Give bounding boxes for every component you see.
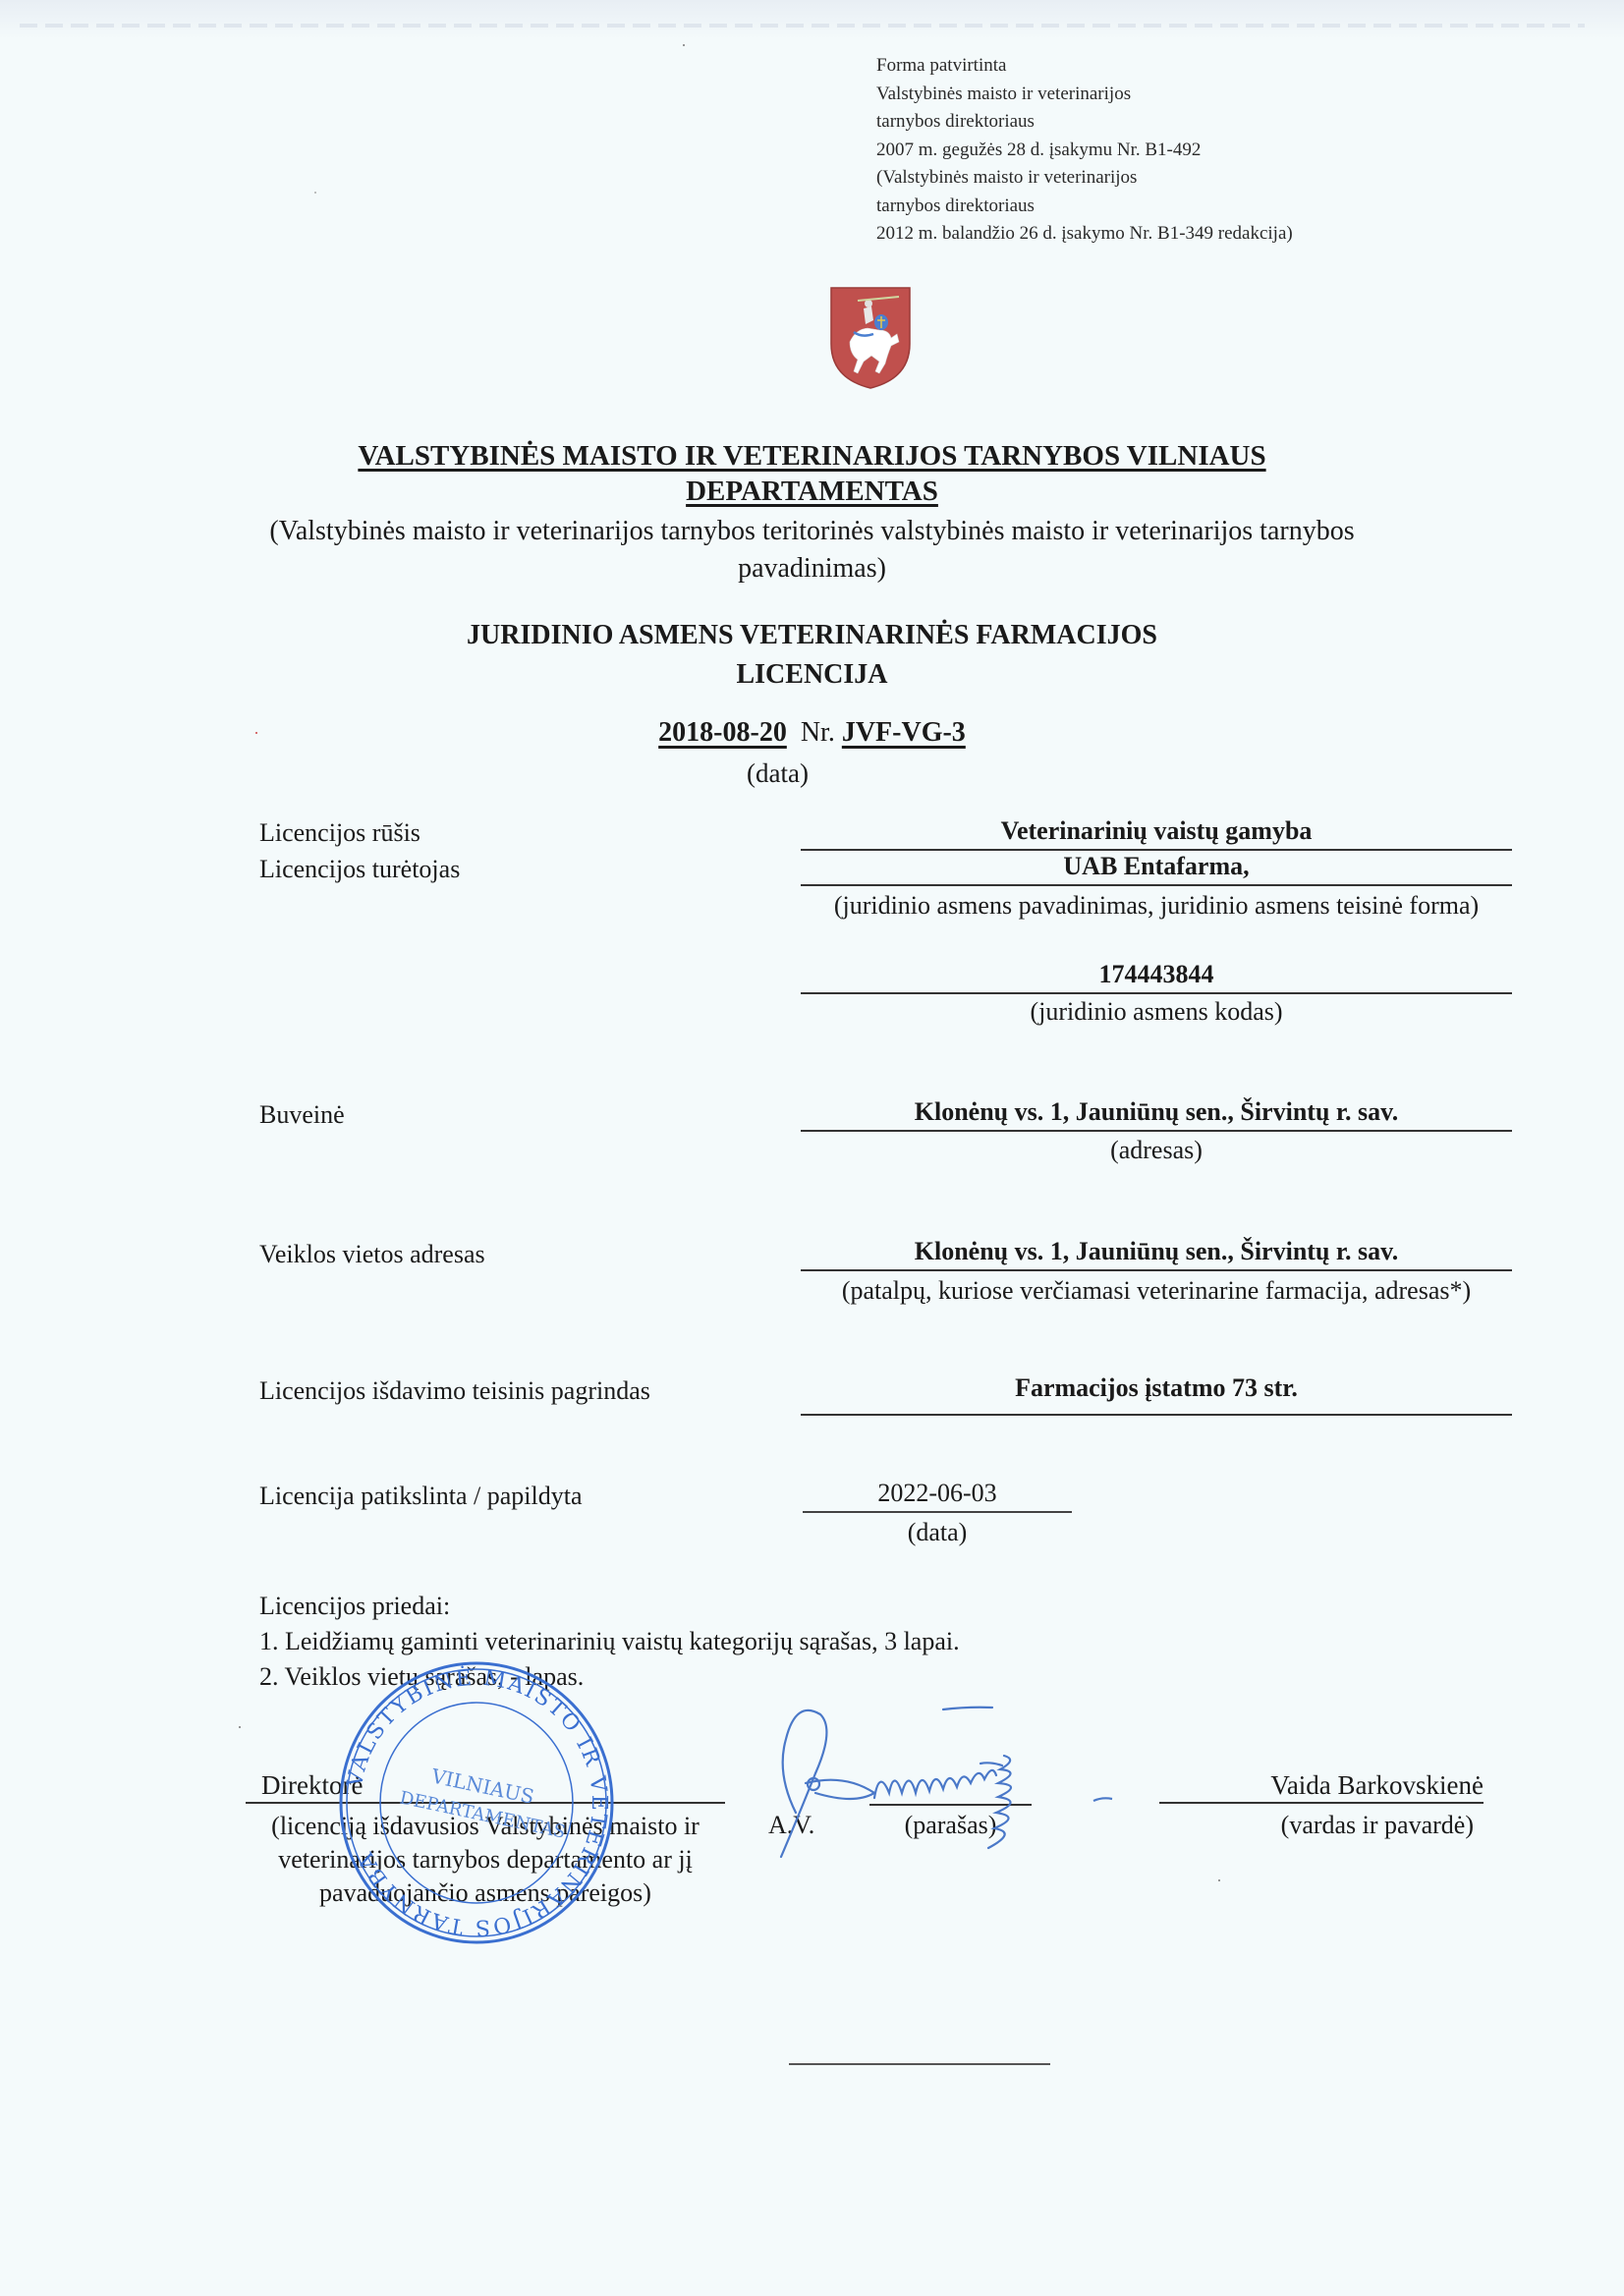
company-code-caption: (juridinio asmens kodas)	[801, 994, 1512, 1030]
number-label: Nr.	[801, 717, 835, 748]
annex-item: 1. Leidžiamų gaminti veterinarinių vaist…	[259, 1624, 960, 1659]
amended-label: Licencija patikslinta / papildyta	[259, 1482, 583, 1511]
approval-line: tarnybos direktoriaus	[876, 193, 1293, 221]
approval-line: tarnybos direktoriaus	[876, 108, 1293, 137]
approval-line: 2007 m. gegužės 28 d. įsakymu Nr. B1-492	[876, 137, 1293, 165]
activity-address-label: Veiklos vietos adresas	[259, 1240, 485, 1269]
scan-speck	[239, 1726, 241, 1728]
department-caption: (Valstybinės maisto ir veterinarijos tar…	[0, 513, 1624, 588]
activity-address-caption: (patalpų, kuriose verčiamasi veterinarin…	[801, 1273, 1512, 1309]
coat-of-arms-vytis-icon	[828, 285, 913, 391]
license-holder-label: Licencijos turėtojas	[259, 855, 460, 884]
footer-line	[789, 2063, 1050, 2065]
seat-label: Buveinė	[259, 1100, 345, 1130]
issue-date-caption: (data)	[747, 758, 809, 789]
license-type-label: Licencijos rūšis	[259, 818, 420, 848]
license-holder-value: UAB Entafarma,	[801, 851, 1512, 886]
license-holder-caption: (juridinio asmens pavadinimas, juridinio…	[801, 888, 1512, 924]
approval-line: (Valstybinės maisto ir veterinarijos	[876, 164, 1293, 193]
license-type-value: Veterinarinių vaistų gamyba	[801, 815, 1512, 851]
svg-text:VALSTYBINĖ MAISTO IR VETERINAR: VALSTYBINĖ MAISTO IR VETERINARIJOS TARNY…	[343, 1664, 611, 1939]
amended-date-caption: (data)	[803, 1518, 1072, 1547]
license-title: JURIDINIO ASMENS VETERINARINĖS FARMACIJO…	[0, 616, 1624, 695]
company-code-value: 174443844	[801, 959, 1512, 994]
license-title-line-1: JURIDINIO ASMENS VETERINARINĖS FARMACIJO…	[0, 616, 1624, 655]
approval-line: Forma patvirtinta	[876, 52, 1293, 81]
official-stamp: VALSTYBINĖ MAISTO IR VETERINARIJOS TARNY…	[334, 1655, 619, 1950]
annexes-title: Licencijos priedai:	[259, 1589, 960, 1624]
issue-date: 2018-08-20	[658, 717, 787, 748]
approval-line: Valstybinės maisto ir veterinarijos	[876, 81, 1293, 109]
seat-caption: (adresas)	[801, 1133, 1512, 1168]
license-number: JVF-VG-3	[842, 717, 966, 748]
legal-basis-value: Farmacijos įstatmo 73 str.	[801, 1372, 1512, 1416]
signatory-name: Vaida Barkovskienė	[1159, 1768, 1484, 1804]
scan-speck	[1218, 1879, 1220, 1881]
amended-date-value: 2022-06-03	[803, 1478, 1072, 1513]
activity-address-value: Klonėnų vs. 1, Jauniūnų sen., Širvintų r…	[801, 1236, 1512, 1271]
scan-artifact-top	[0, 0, 1624, 39]
approval-line: 2012 m. balandžio 26 d. įsakymo Nr. B1-3…	[876, 220, 1293, 249]
department-line-2: DEPARTAMENTAS	[686, 476, 938, 507]
handwritten-signature	[756, 1685, 1149, 1862]
scan-speck	[314, 192, 316, 194]
issue-date-number: 2018-08-20 Nr. JVF-VG-3	[0, 717, 1624, 749]
scan-speck	[683, 44, 685, 46]
seat-value: Klonėnų vs. 1, Jauniūnų sen., Širvintų r…	[801, 1096, 1512, 1132]
department-line-1: VALSTYBINĖS MAISTO IR VETERINARIJOS TARN…	[358, 440, 1265, 472]
license-title-line-2: LICENCIJA	[0, 655, 1624, 695]
legal-basis-label: Licencijos išdavimo teisinis pagrindas	[259, 1376, 650, 1406]
signatory-name-caption: (vardas ir pavardė)	[1159, 1811, 1474, 1840]
department-name: VALSTYBINĖS MAISTO IR VETERINARIJOS TARN…	[0, 438, 1624, 509]
scan-speck	[255, 732, 257, 734]
stamp-outer-text: VALSTYBINĖ MAISTO IR VETERINARIJOS TARNY…	[343, 1664, 611, 1939]
form-approval-note: Forma patvirtinta Valstybinės maisto ir …	[876, 52, 1293, 249]
